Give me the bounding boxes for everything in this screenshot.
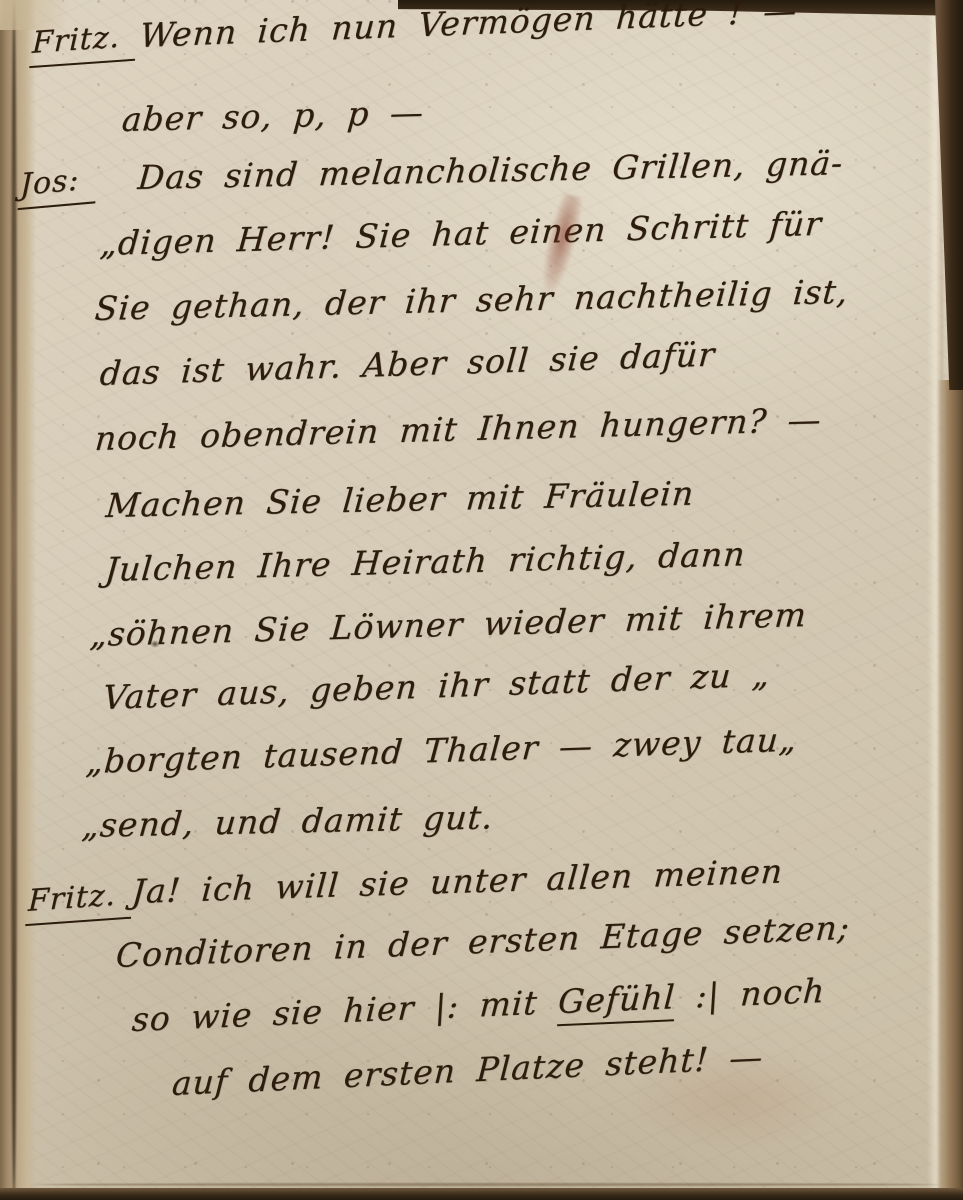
- line-segment: :| noch: [674, 971, 826, 1016]
- speaker-label: Fritz.: [25, 876, 132, 926]
- manuscript-line: das ist wahr. Aber soll sie dafür: [99, 335, 717, 393]
- manuscript-line: aber so, p, p —: [120, 93, 425, 139]
- manuscript-line: auf dem ersten Platze steht! —: [171, 1037, 765, 1103]
- manuscript-line: Ja! ich will sie unter allen meinen: [131, 851, 785, 911]
- manuscript-page: Fritz. Wenn ich nun Vermögen hätte ! — a…: [0, 0, 963, 1200]
- manuscript-line: Vater aus, geben ihr statt der zu „: [102, 655, 772, 717]
- line-segment: so wie sie hier |: mit: [131, 982, 560, 1039]
- manuscript-line: Wenn ich nun Vermögen hätte ! —: [139, 0, 799, 55]
- manuscript-line: Machen Sie lieber mit Fräulein: [104, 474, 695, 525]
- speaker-label: Jos:: [18, 161, 96, 210]
- manuscript-line: Das sind melancholische Grillen, gnä-: [136, 143, 845, 197]
- manuscript-line: „digen Herr! Sie hat einen Schritt für: [98, 204, 823, 263]
- manuscript-line: „söhnen Sie Löwner wieder mit ihrem: [88, 595, 808, 654]
- manuscript-line: Sie gethan, der ihr sehr nachtheilig ist…: [93, 272, 849, 328]
- manuscript-line: „send, und damit gut.: [80, 797, 495, 845]
- manuscript-line: „borgten tausend Thaler — zwey tau„: [85, 720, 799, 781]
- manuscript-line: noch obendrein mit Ihnen hungern? —: [93, 400, 823, 458]
- manuscript-line: Conditoren in der ersten Etage setzen;: [115, 908, 851, 975]
- manuscript-text: Fritz. Wenn ich nun Vermögen hätte ! — a…: [0, 0, 963, 1200]
- underlined-word: Gefühl: [557, 977, 677, 1026]
- manuscript-line: Julchen Ihre Heirath richtig, dann: [103, 534, 747, 589]
- manuscript-line: so wie sie hier |: mit Gefühl :| noch: [131, 971, 827, 1039]
- speaker-label: Fritz.: [29, 18, 136, 68]
